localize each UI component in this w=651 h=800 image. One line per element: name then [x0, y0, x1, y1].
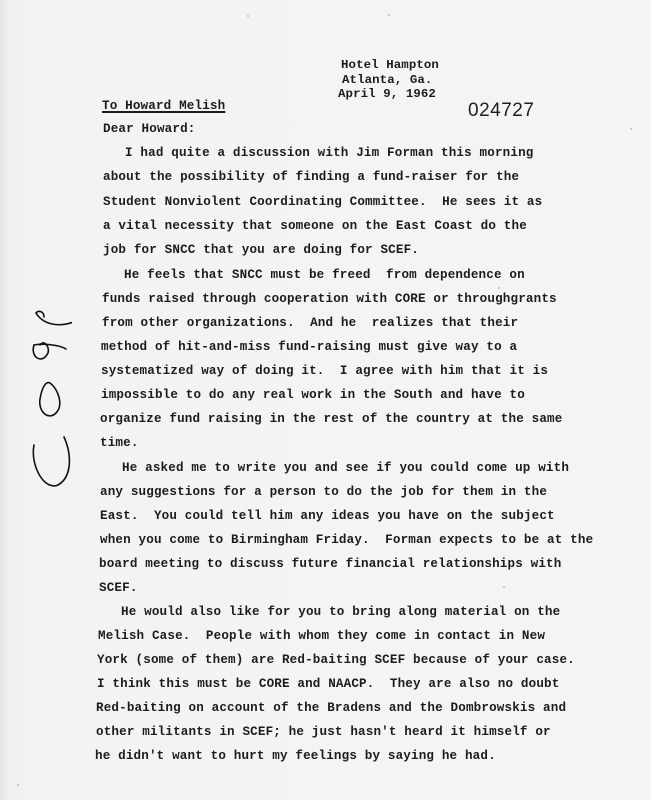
body-line: time.	[100, 436, 139, 450]
salutation: Dear Howard:	[103, 122, 196, 136]
handwritten-copy-annotation	[12, 305, 72, 495]
document-number: 024727	[468, 100, 534, 122]
body-line: He feels that SNCC must be freed from de…	[124, 268, 525, 282]
letterhead-city: Atlanta, Ga.	[342, 73, 432, 87]
scan-speck	[247, 15, 249, 17]
body-line: a vital necessity that someone on the Ea…	[103, 219, 527, 233]
body-line: systematized way of doing it. I agree wi…	[101, 364, 548, 378]
body-line: York (some of them) are Red-baiting SCEF…	[97, 653, 575, 667]
letter-date: April 9, 1962	[338, 87, 436, 101]
body-line: I think this must be CORE and NAACP. The…	[97, 677, 559, 691]
body-line: SCEF.	[99, 581, 138, 595]
body-line: I had quite a discussion with Jim Forman…	[125, 146, 534, 160]
body-line: job for SNCC that you are doing for SCEF…	[103, 243, 419, 257]
scan-speck	[630, 128, 632, 130]
body-line: when you come to Birmingham Friday. Form…	[100, 533, 593, 547]
body-line: He would also like for you to bring alon…	[121, 605, 560, 619]
letterhead-place: Hotel Hampton	[341, 58, 439, 72]
body-line: Melish Case. People with whom they come …	[98, 629, 545, 643]
body-line: organize fund raising in the rest of the…	[100, 412, 562, 426]
body-line: from other organizations. And he realize…	[102, 316, 518, 330]
body-line: board meeting to discuss future financia…	[99, 557, 561, 571]
scan-speck	[503, 586, 505, 588]
body-line: East. You could tell him any ideas you h…	[100, 509, 555, 523]
body-line: funds raised through cooperation with CO…	[102, 292, 557, 306]
body-line: method of hit-and-miss fund-raising must…	[101, 340, 517, 354]
body-line: about the possibility of finding a fund-…	[103, 170, 519, 184]
body-line: impossible to do any real work in the So…	[101, 388, 525, 402]
body-line: He asked me to write you and see if you …	[122, 461, 569, 475]
scan-speck	[498, 287, 500, 289]
body-line: other militants in SCEF; he just hasn't …	[96, 725, 551, 739]
scan-speck	[388, 14, 390, 16]
scan-speck	[17, 784, 19, 786]
body-line: Red-baiting on account of the Bradens an…	[96, 701, 566, 715]
body-line: he didn't want to hurt my feelings by sa…	[95, 749, 496, 763]
body-line: any suggestions for a person to do the j…	[100, 485, 547, 499]
recipient-line: To Howard Melish	[102, 99, 225, 113]
body-line: Student Nonviolent Coordinating Committe…	[103, 195, 542, 209]
letter-page: Hotel Hampton Atlanta, Ga. April 9, 1962…	[0, 0, 651, 800]
